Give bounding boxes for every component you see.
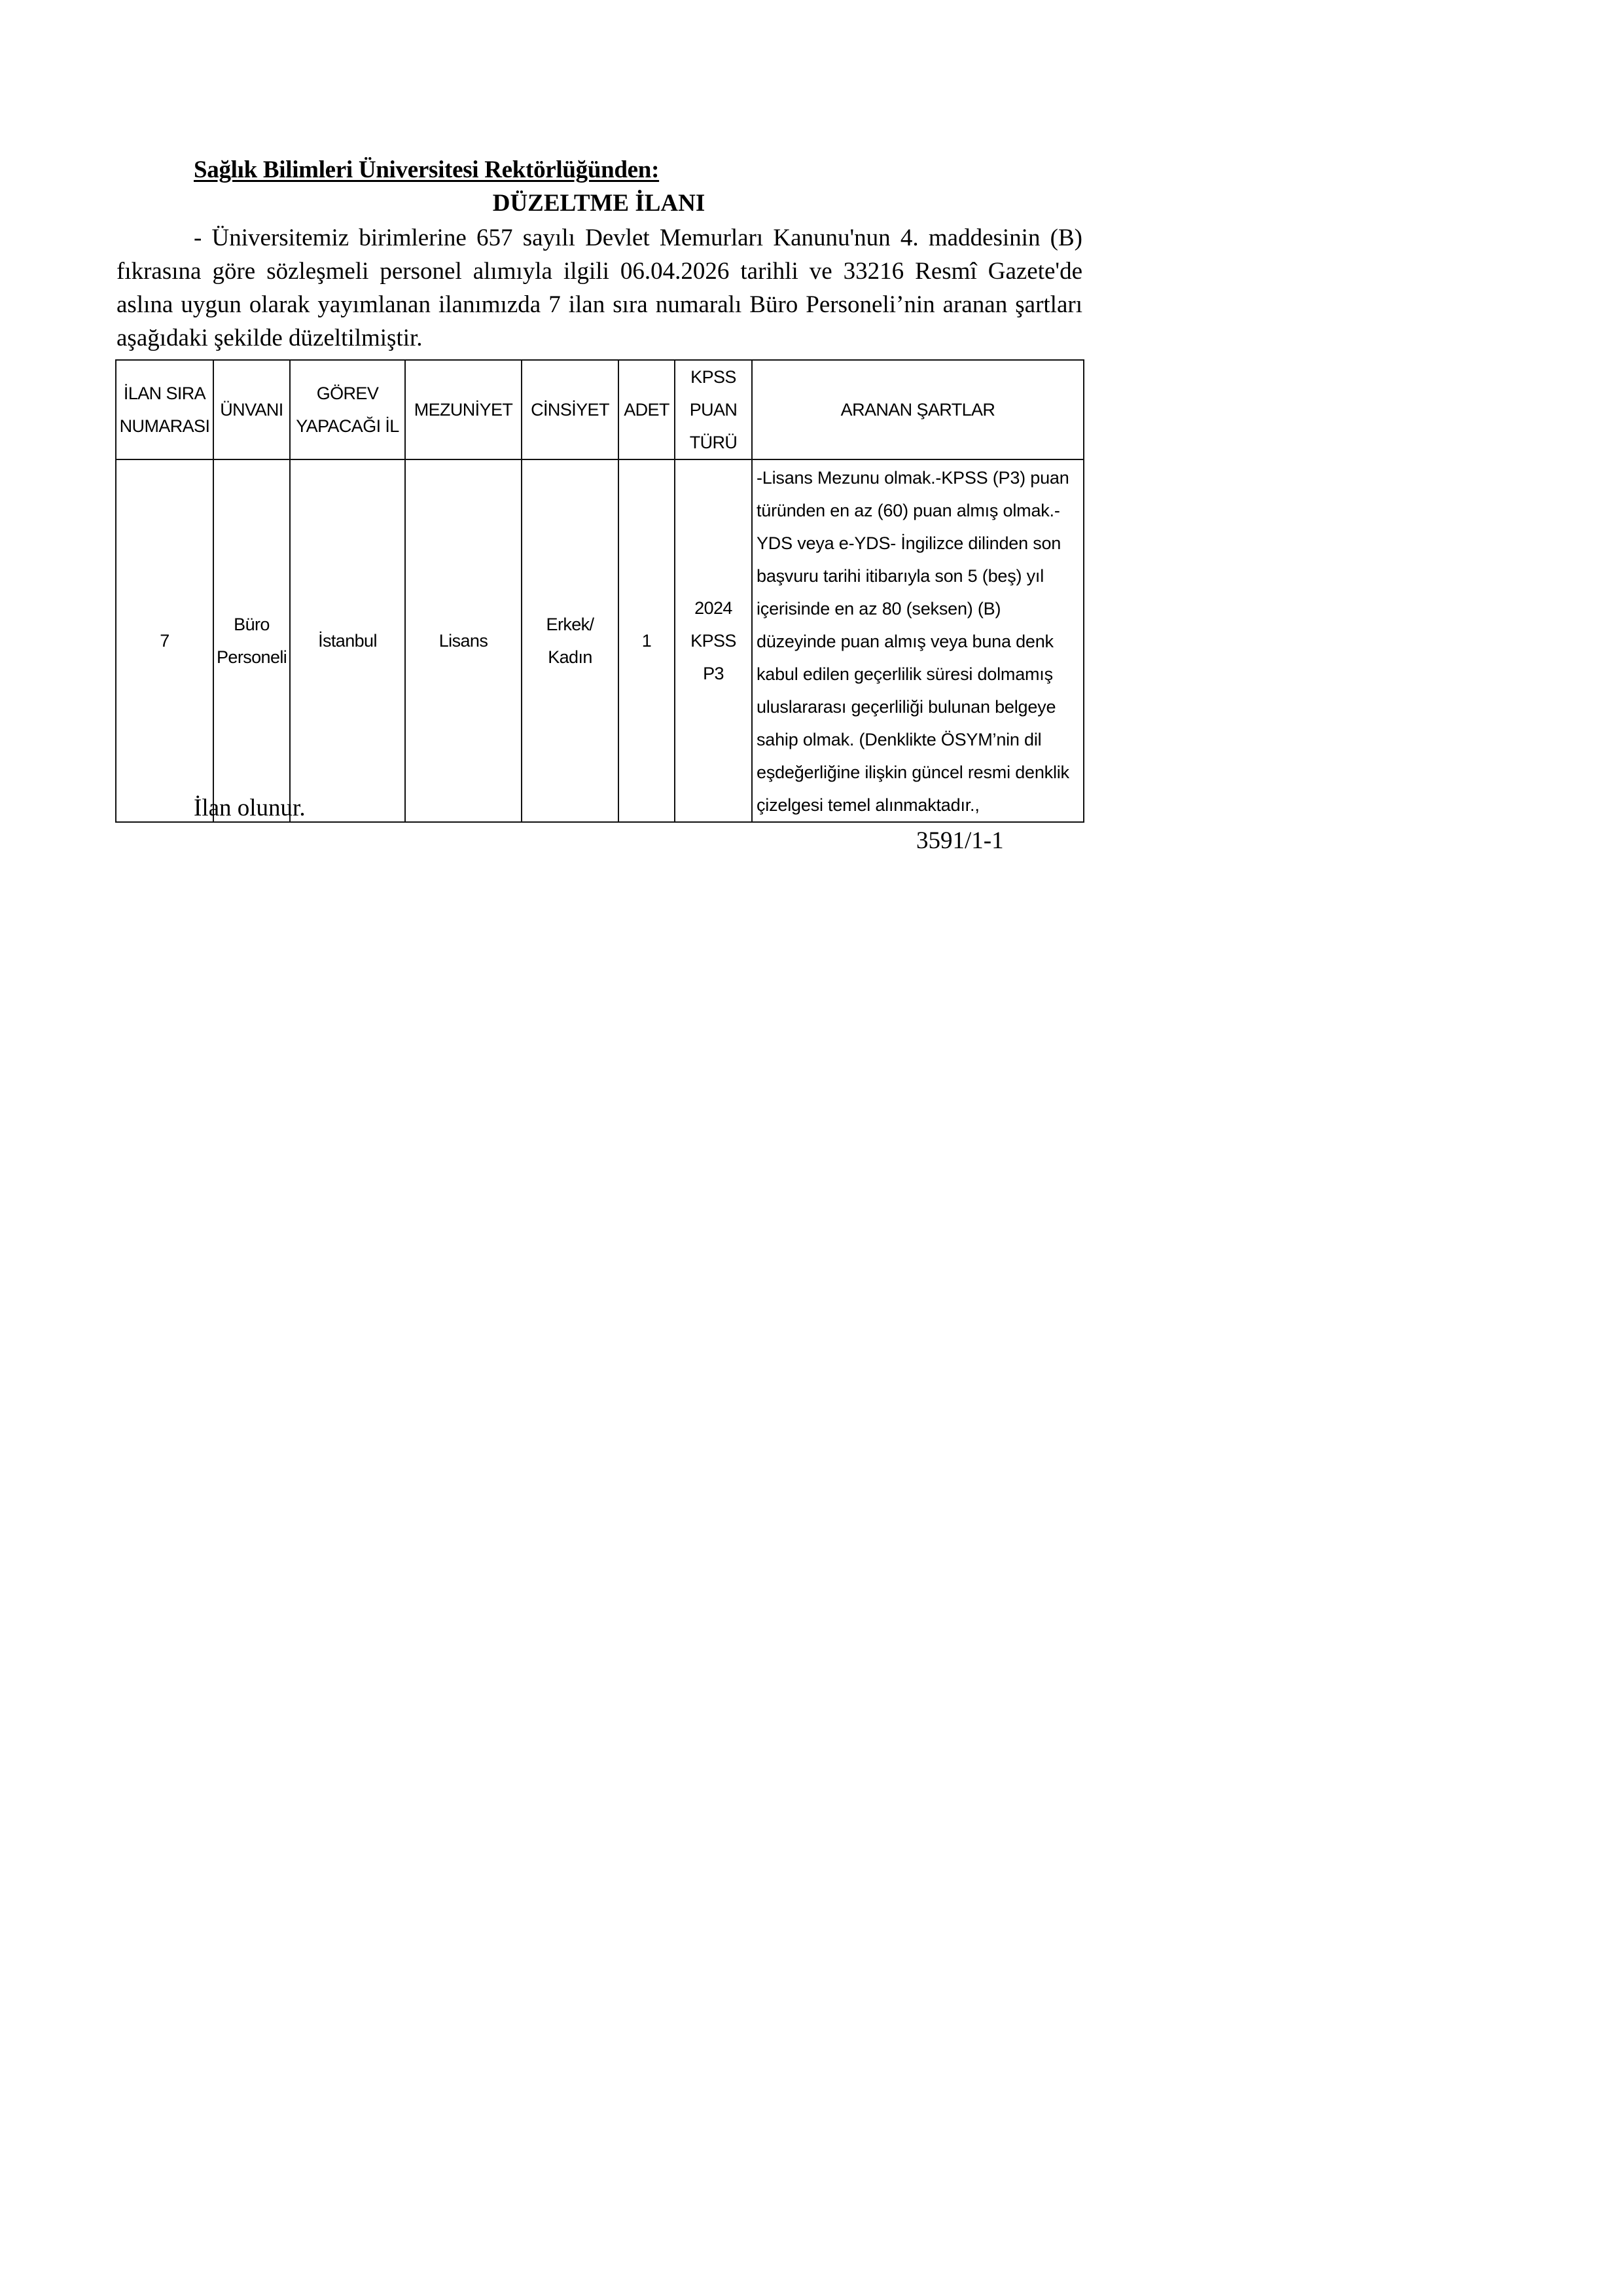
cell-kpss-puan-turu: 2024 KPSS P3 bbox=[675, 459, 752, 822]
reference-number: 3591/1-1 bbox=[916, 827, 1004, 855]
document-title: DÜZELTME İLANI bbox=[115, 189, 1082, 217]
cell-aranan-sartlar: -Lisans Mezunu olmak.-KPSS (P3) puan tür… bbox=[752, 459, 1084, 822]
cell-adet: 1 bbox=[618, 459, 675, 822]
table-header-row: İLAN SIRA NUMARASI ÜNVANI GÖREV YAPACAĞI… bbox=[116, 360, 1084, 459]
header-ilan-sira-numarasi: İLAN SIRA NUMARASI bbox=[116, 360, 213, 459]
cell-mezuniyet: Lisans bbox=[405, 459, 522, 822]
cell-cinsiyet: Erkek/ Kadın bbox=[522, 459, 618, 822]
positions-table: İLAN SIRA NUMARASI ÜNVANI GÖREV YAPACAĞI… bbox=[115, 359, 1084, 823]
table-row: 7 Büro Personeli İstanbul Lisans Erkek/ … bbox=[116, 459, 1084, 822]
header-unvani: ÜNVANI bbox=[213, 360, 290, 459]
header-adet: ADET bbox=[618, 360, 675, 459]
cell-ilan-sira-numarasi: 7 bbox=[116, 459, 213, 822]
announcement-body: - Üniversitemiz birimlerine 657 sayılı D… bbox=[116, 221, 1082, 355]
header-mezuniyet: MEZUNİYET bbox=[405, 360, 522, 459]
issuer-heading: Sağlık Bilimleri Üniversitesi Rektörlüğü… bbox=[194, 156, 659, 184]
header-aranan-sartlar: ARANAN ŞARTLAR bbox=[752, 360, 1084, 459]
header-gorev-yapacagi-il: GÖREV YAPACAĞI İL bbox=[290, 360, 405, 459]
cell-gorev-yapacagi-il: İstanbul bbox=[290, 459, 405, 822]
header-cinsiyet: CİNSİYET bbox=[522, 360, 618, 459]
cell-unvani: Büro Personeli bbox=[213, 459, 290, 822]
header-kpss-puan-turu: KPSS PUAN TÜRÜ bbox=[675, 360, 752, 459]
closing-text: İlan olunur. bbox=[194, 794, 306, 822]
